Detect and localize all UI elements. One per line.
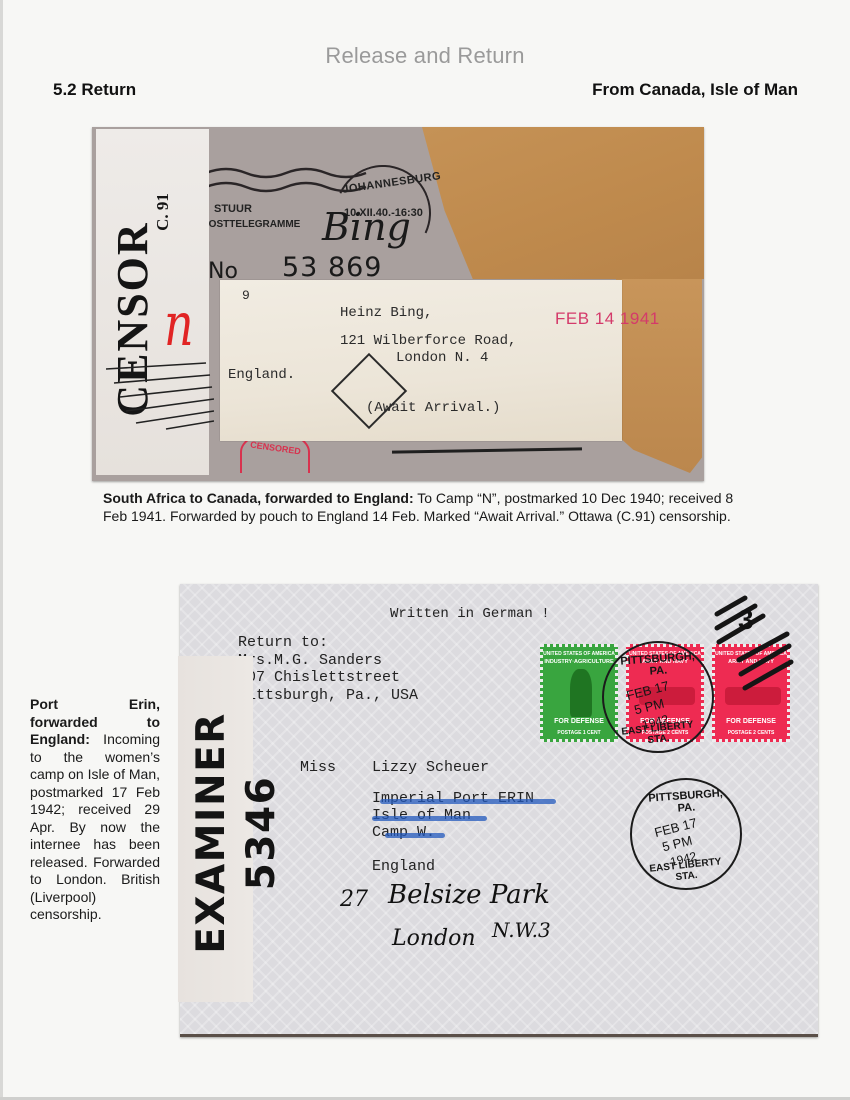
censor-label-strip: CENSOR C. 91 n — [96, 129, 209, 475]
pittsburgh-postmark: PITTSBURGH, PA. FEB 17 5 PM 1942 EAST LI… — [602, 641, 714, 753]
forwarding-house-number: 27 — [340, 887, 368, 912]
postmark-station: EAST LIBERTY STA. — [641, 855, 731, 886]
addressee-name: Lizzy Scheuer — [372, 759, 489, 776]
page-edge — [0, 0, 3, 1100]
handwritten-name: Bing — [322, 205, 411, 249]
stamp-value: POSTAGE 1 CENT — [543, 730, 615, 736]
caption-cover-2: Port Erin, forwarded to England: Incomin… — [30, 696, 160, 924]
blue-strikethrough — [380, 799, 556, 804]
censor-code: C. 91 — [153, 172, 175, 252]
forwarding-street: Belsize Park — [388, 880, 550, 910]
stamp-header: UNITED STATES OF AMERICA — [543, 651, 615, 657]
await-arrival-note: (Await Arrival.) — [366, 400, 500, 416]
examiner-label-text: EXAMINER 5346 — [187, 663, 237, 1003]
forwarding-address-label: 9 Heinz Bing, 121 Wilberforce Road, Lond… — [220, 280, 622, 441]
blue-strikethrough — [385, 833, 445, 838]
statue-of-liberty-icon — [570, 669, 592, 717]
cover-port-erin-forwarded: Written in German ! Return to: Mrs.M.G. … — [180, 584, 818, 1037]
stamp-caption: FOR DEFENSE — [543, 718, 615, 725]
pittsburgh-postmark: PITTSBURGH, PA. FEB 17 5 PM 1942 EAST LI… — [630, 778, 742, 890]
address-line: 121 Wilberforce Road, — [340, 333, 516, 349]
postmark-city: PITTSBURGH, PA. — [641, 787, 730, 817]
forwarding-city: London — [392, 926, 476, 951]
sunburst-rays-icon — [106, 361, 214, 431]
addressee-title: Miss — [300, 759, 336, 776]
exhibit-title: Release and Return — [0, 43, 850, 69]
handwritten-camp-mark: n — [164, 289, 194, 359]
stamp-subject: INDUSTRY·AGRICULTURE — [543, 659, 615, 665]
stamp-caption: FOR DEFENSE — [715, 718, 787, 725]
addressee-country: England — [372, 858, 435, 875]
address-line: England. — [228, 367, 295, 383]
address-line: Heinz Bing, — [340, 305, 432, 321]
cover-south-africa-to-canada: JOHANNESBURG 10.XII.40.-16:30 STUUR POST… — [92, 127, 704, 481]
caption-heading: South Africa to Canada, forwarded to Eng… — [103, 490, 414, 506]
address-line: London N. 4 — [396, 350, 488, 366]
section-heading: 5.2 Return — [53, 80, 136, 100]
killer-number: 3 — [738, 604, 754, 636]
slip-number: 9 — [242, 288, 250, 303]
postmark-station: EAST LIBERTY STA. — [613, 718, 703, 749]
slogan-text: STUUR — [214, 203, 252, 215]
received-date-stamp: FEB 14 1941 — [555, 309, 660, 329]
section-subtitle: From Canada, Isle of Man — [592, 80, 798, 100]
stamp-value: POSTAGE 2 CENTS — [715, 730, 787, 736]
forwarding-postcode: N.W.3 — [492, 918, 551, 942]
postmark-city: PITTSBURGH, PA. — [613, 650, 702, 680]
caption-cover-1: South Africa to Canada, forwarded to Eng… — [103, 490, 743, 525]
slogan-text: POSTTELEGRAMME — [202, 219, 300, 230]
handwritten-number: 53 869 — [282, 252, 382, 283]
return-address: Return to: Mrs.M.G. Sanders 707 Chislett… — [238, 634, 418, 704]
kraft-paper-overlay — [422, 127, 704, 279]
written-in-german-note: Written in German ! — [390, 606, 550, 622]
caption-body: Incoming to the women’s camp on Isle of … — [30, 731, 160, 922]
blue-strikethrough — [372, 816, 487, 821]
examiner-label-strip: EXAMINER 5346 — [178, 656, 253, 1002]
handwritten-underline — [392, 447, 582, 453]
